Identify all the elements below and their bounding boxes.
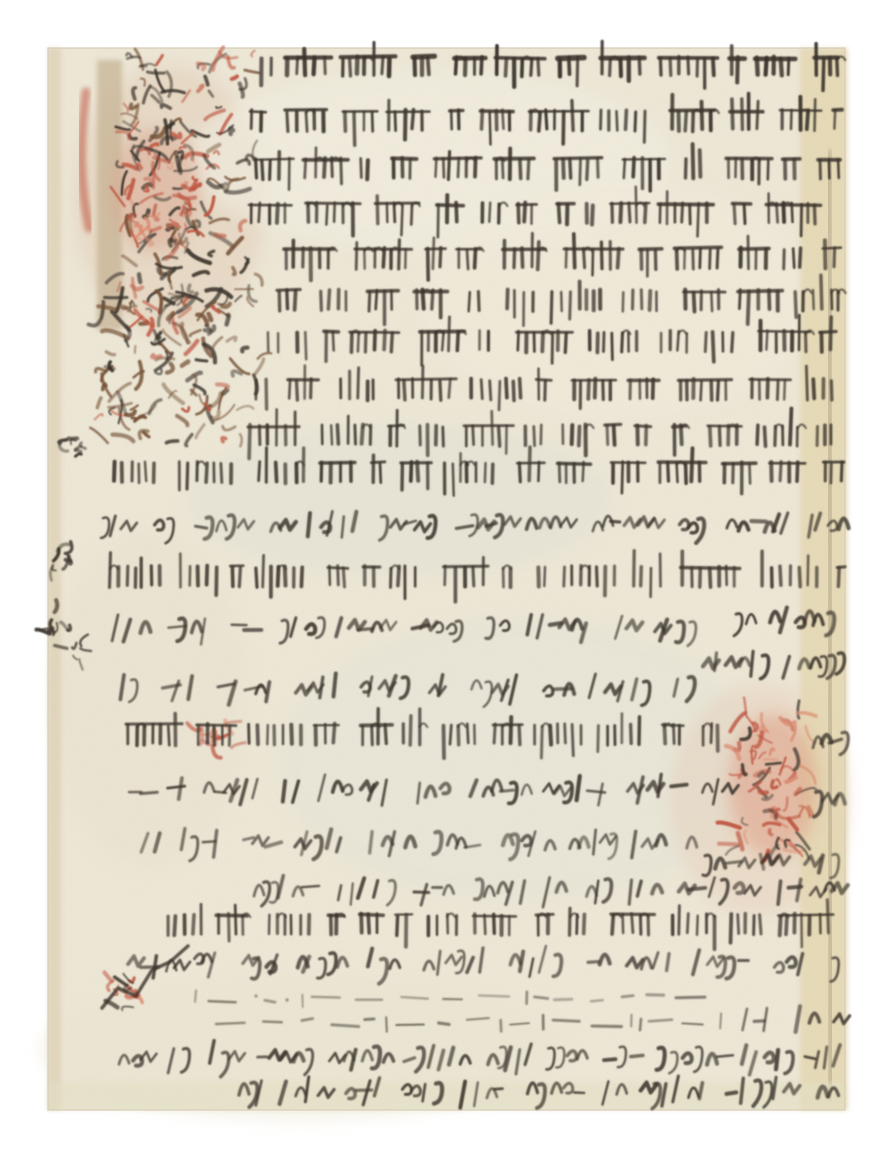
manuscript-scan xyxy=(0,0,895,1160)
paper-grain xyxy=(48,48,845,1110)
manuscript-page-svg xyxy=(0,0,895,1160)
screenshot-root xyxy=(0,0,895,1160)
